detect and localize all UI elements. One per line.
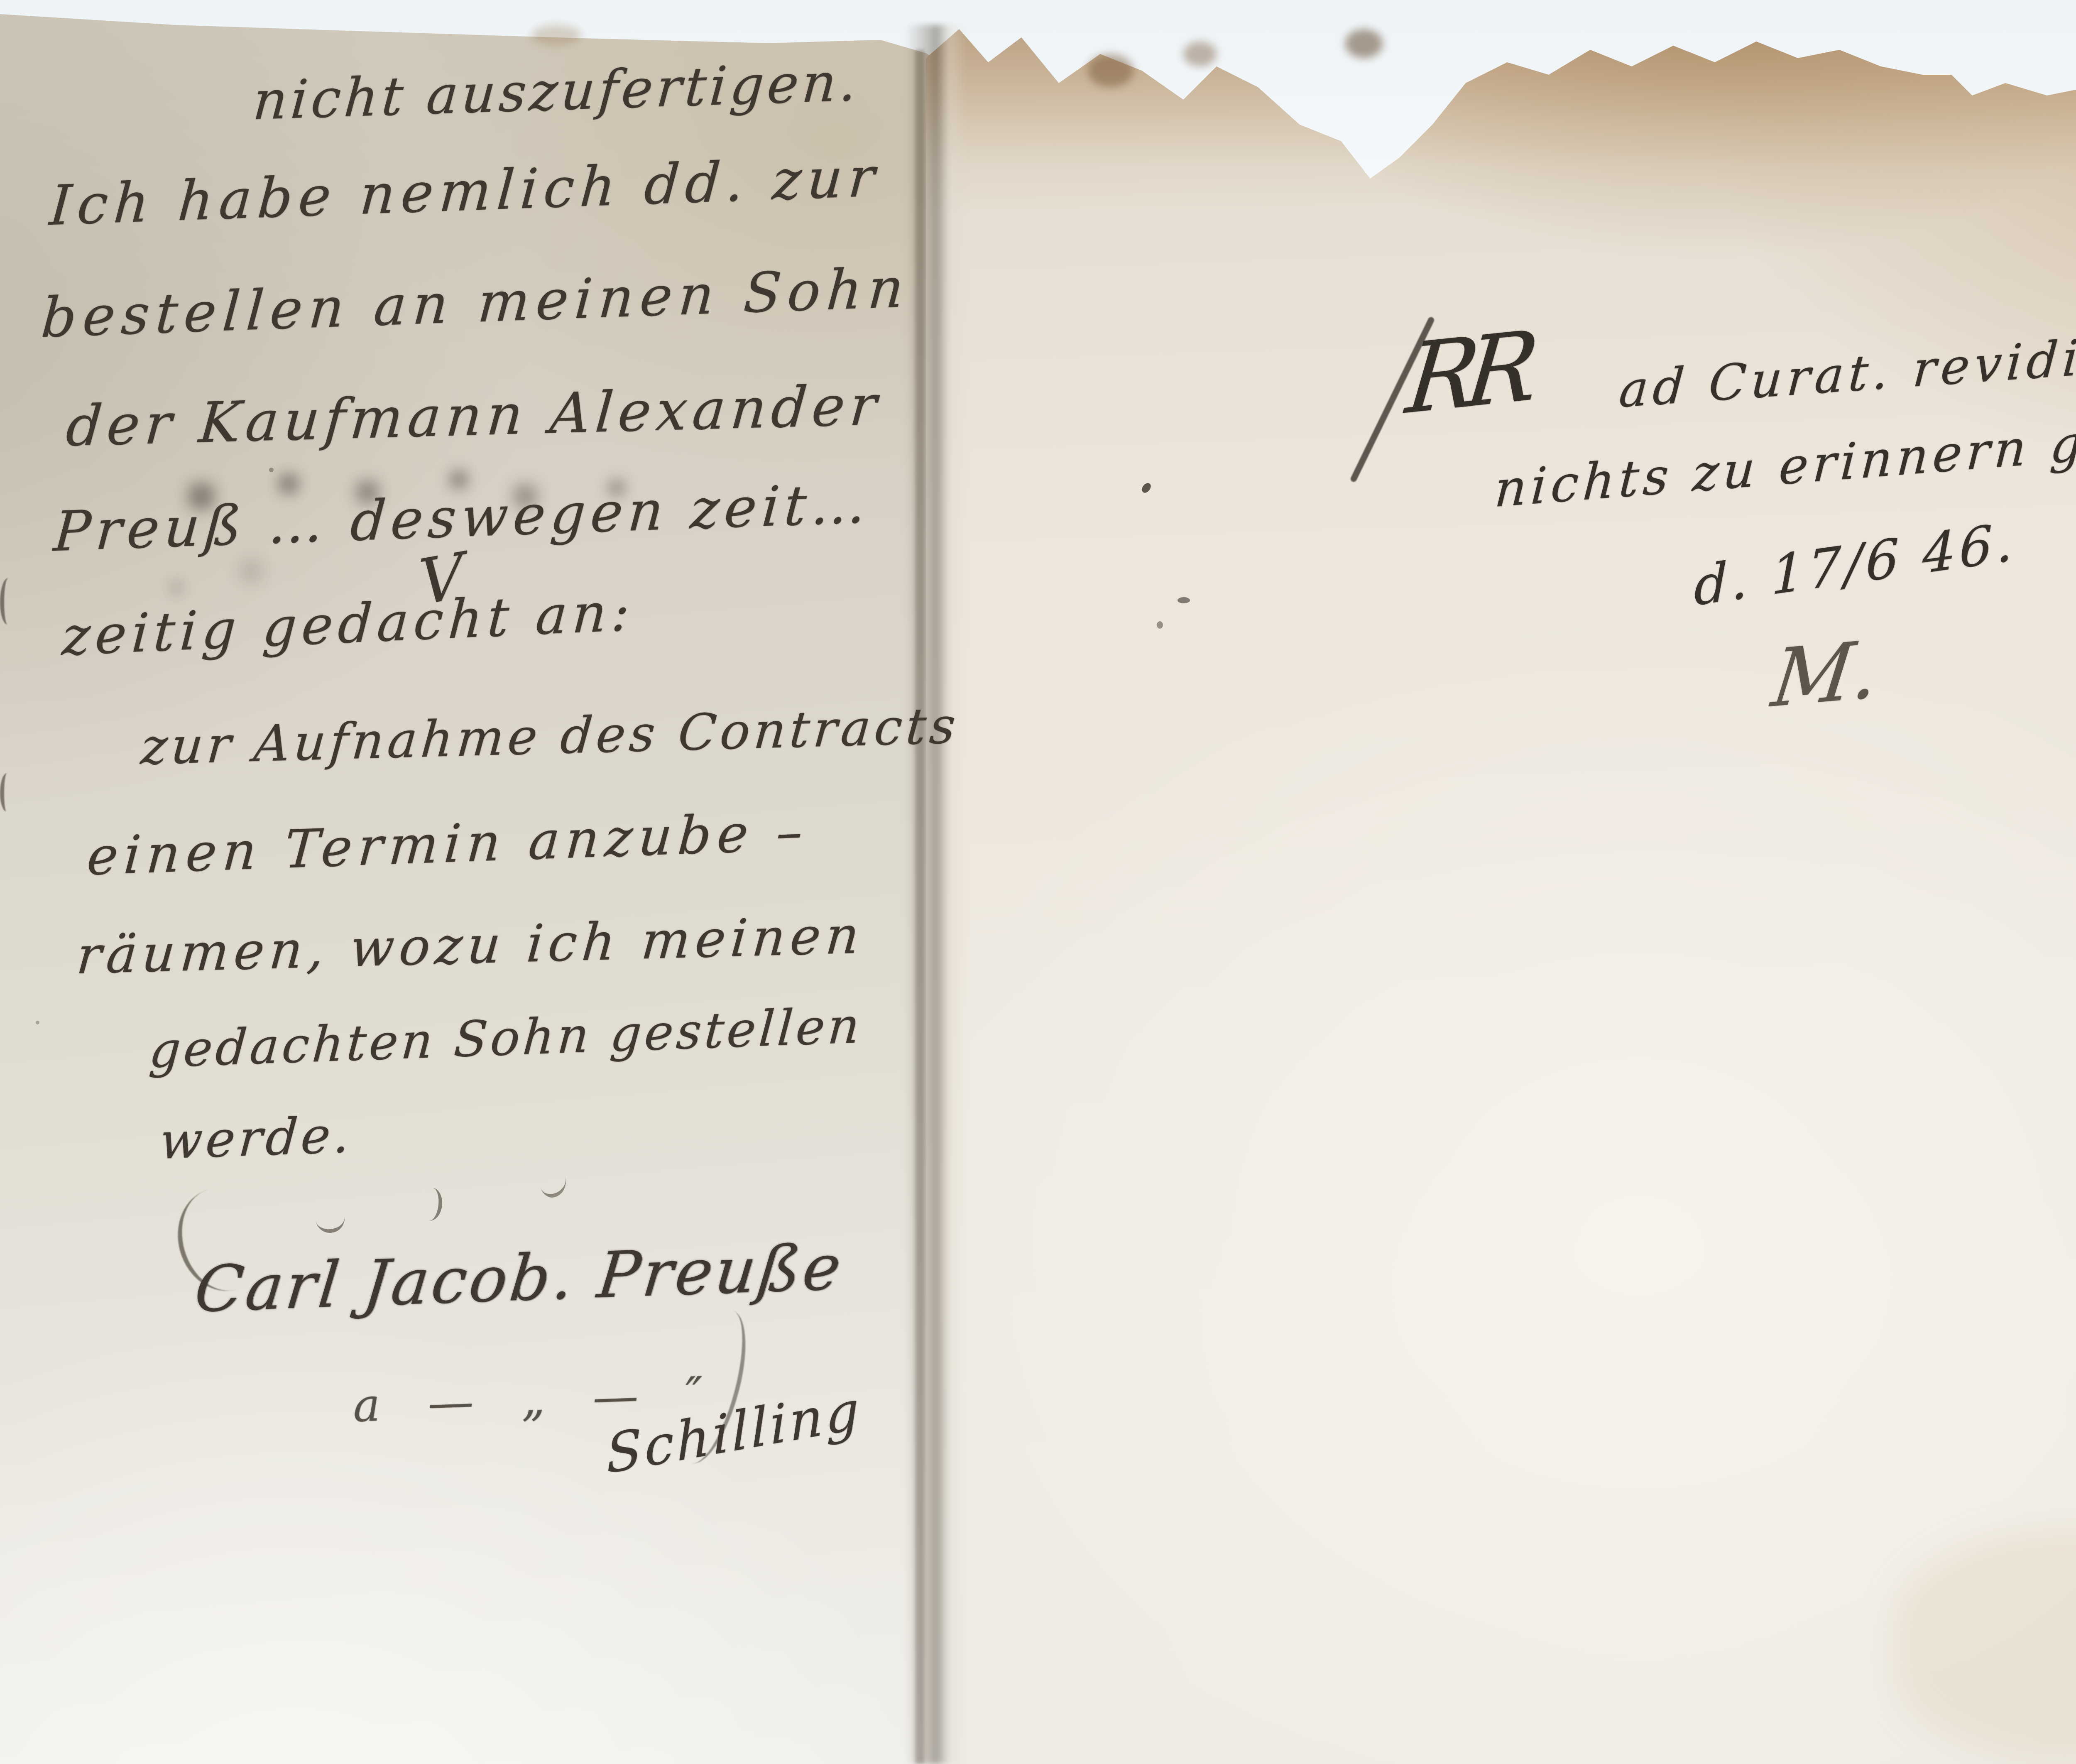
gutter-crease-shadow xyxy=(915,50,924,1764)
ink-smudge-overwriting xyxy=(149,478,154,482)
ink-speck xyxy=(1178,597,1190,603)
handwritten-line: werde. xyxy=(158,1110,355,1167)
cut-off-pen-stroke xyxy=(0,773,13,811)
right-page xyxy=(926,0,2076,1764)
paper-stain xyxy=(531,25,581,46)
paper-stain xyxy=(1345,29,1383,58)
ink-speck xyxy=(36,1021,39,1024)
paper-stain xyxy=(1088,54,1133,87)
paper-stain xyxy=(1183,42,1217,66)
cut-off-pen-stroke xyxy=(0,578,16,625)
insertion-caret: V xyxy=(417,544,466,615)
gutter-crease xyxy=(905,25,967,1764)
ink-speck xyxy=(1157,621,1163,629)
ink-speck xyxy=(269,468,274,472)
manuscript-photo: nicht auszufertigen. Ich habe nemlich dd… xyxy=(0,0,2076,1764)
paraph-initial: M. xyxy=(1768,630,1883,719)
